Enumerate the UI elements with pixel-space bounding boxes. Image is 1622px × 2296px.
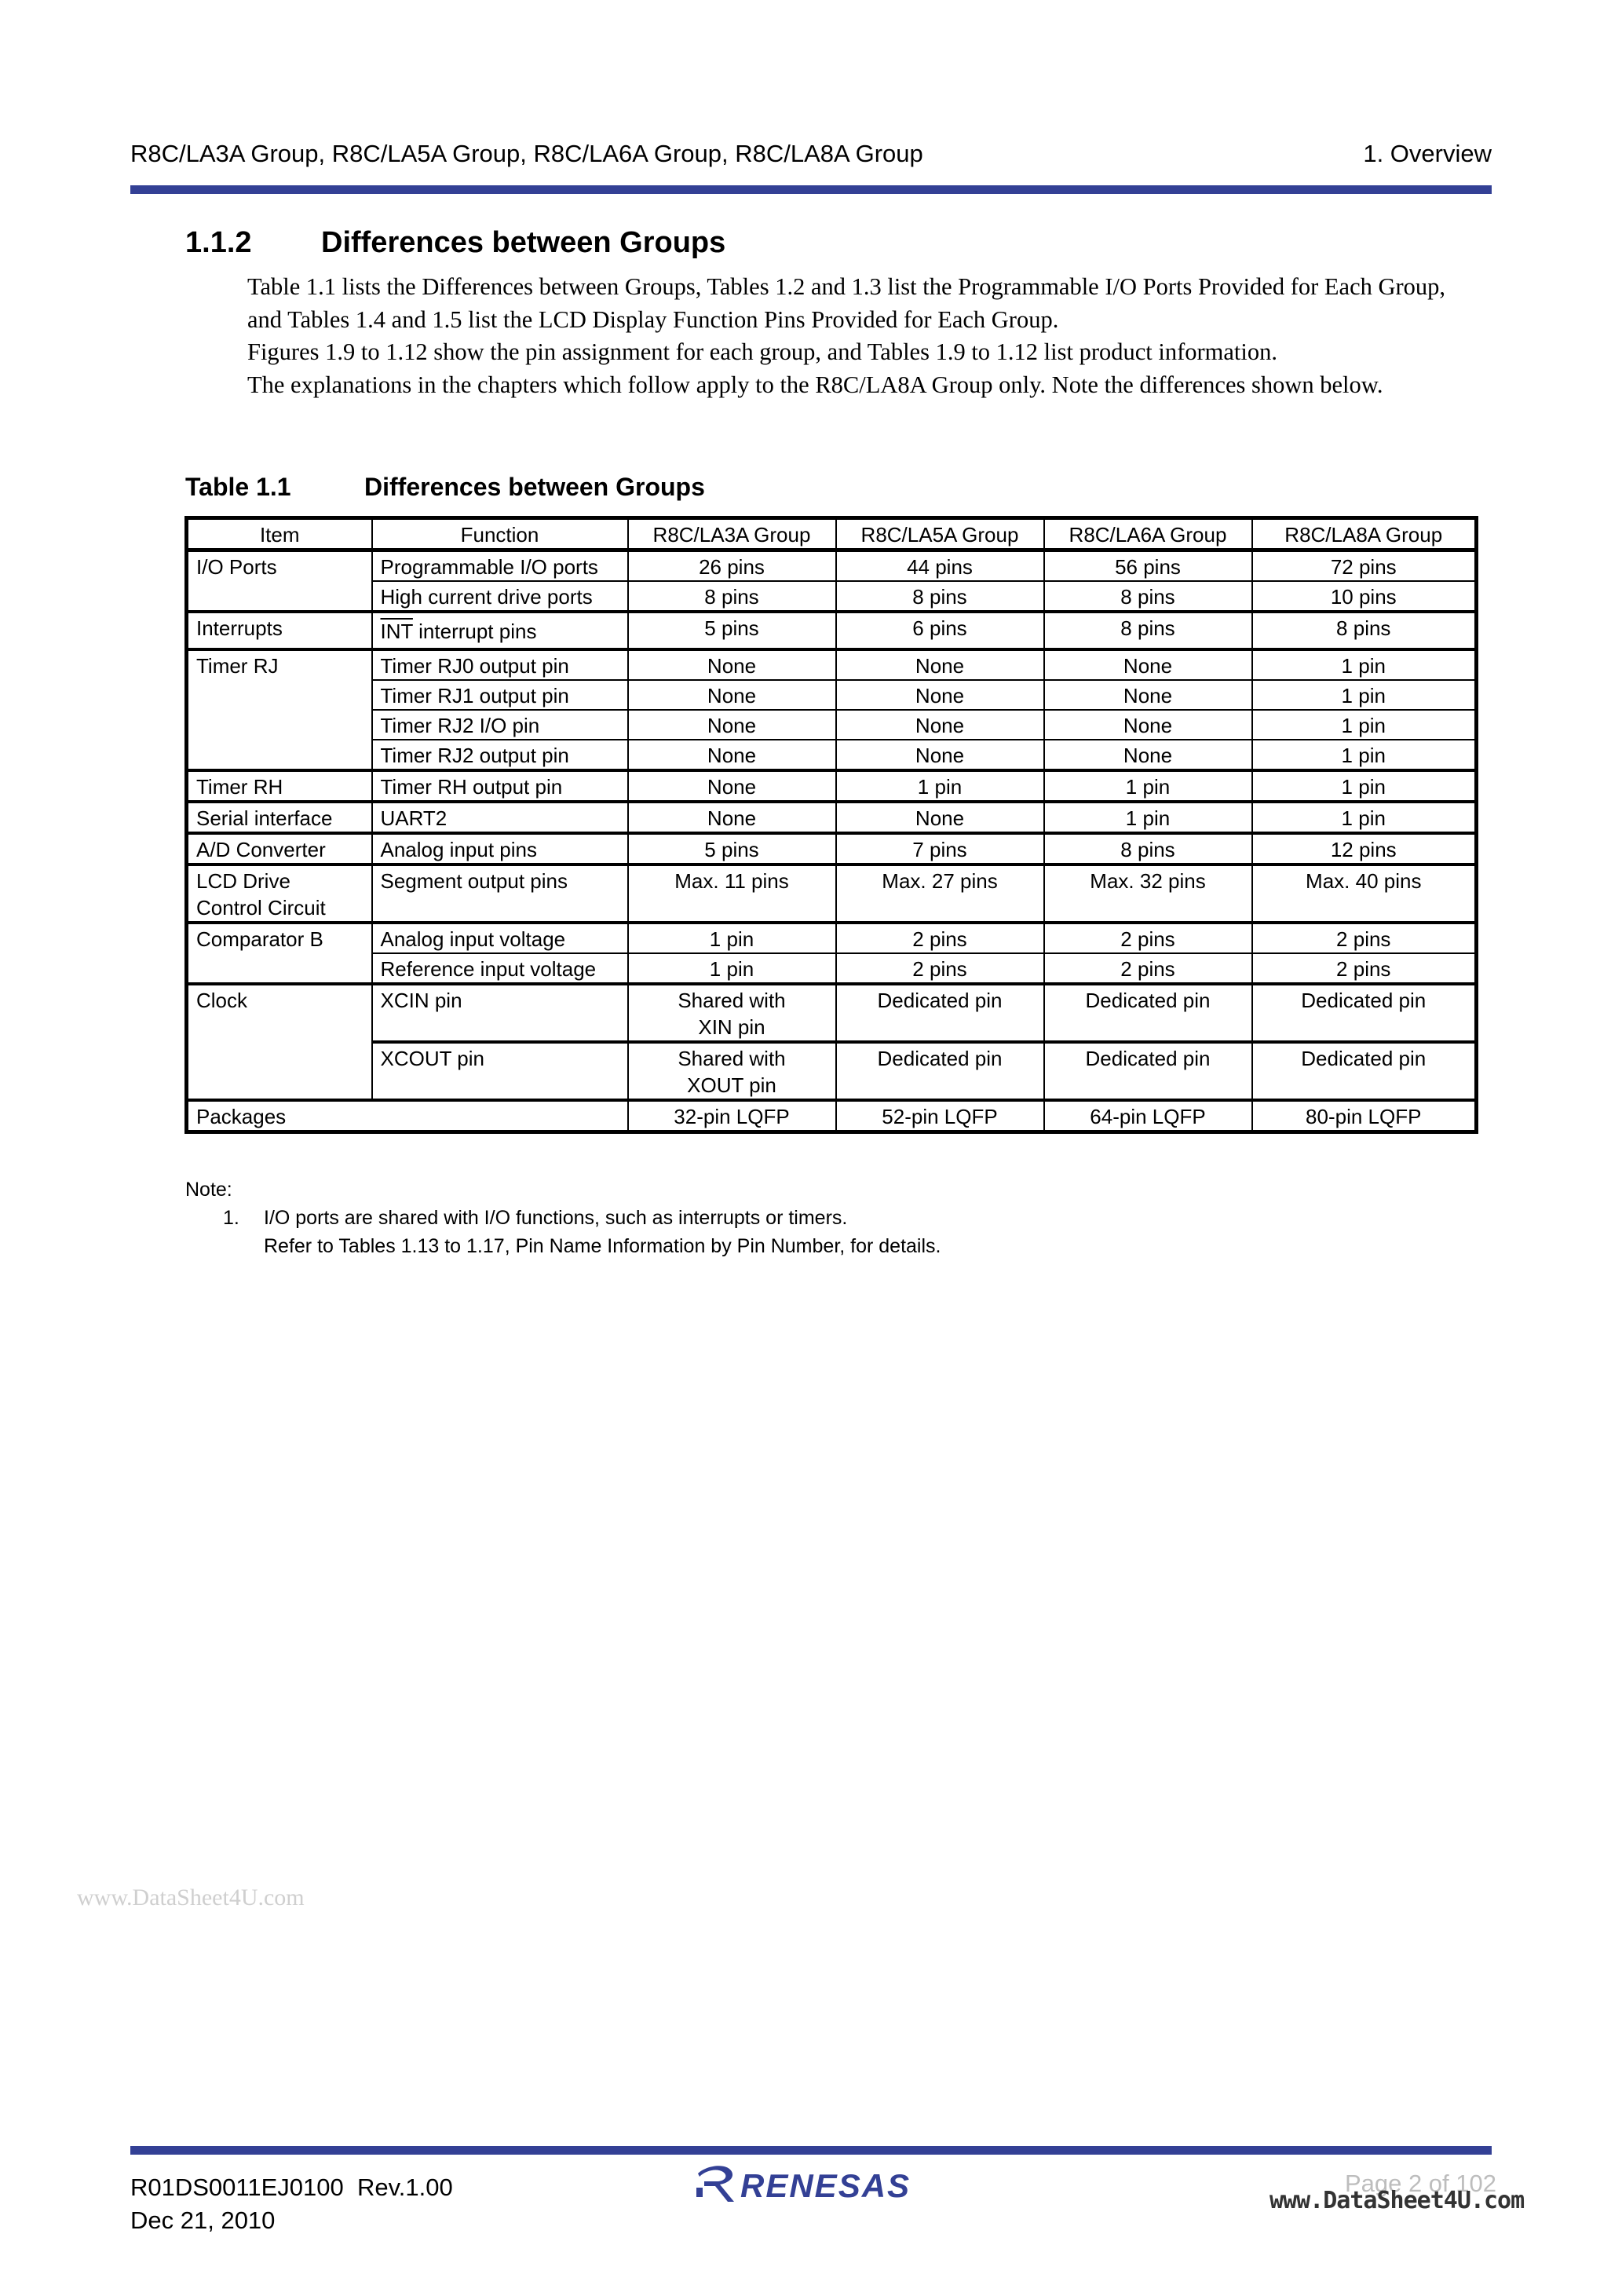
item-cell: I/O Ports (187, 550, 372, 612)
page-header: R8C/LA3A Group, R8C/LA5A Group, R8C/LA6A… (130, 140, 1492, 171)
value-cell: Max. 11 pins (628, 865, 836, 923)
value-line: Dedicated pin (1053, 987, 1244, 1014)
value-cell: 1 pin (836, 770, 1044, 802)
value-cell: 72 pins (1252, 550, 1477, 582)
int-overline-label: INT (381, 620, 413, 643)
table-row: XCOUT pin Shared withXOUT pin Dedicated … (187, 1042, 1477, 1100)
value-cell: 1 pin (628, 923, 836, 953)
document-id: R01DS0011EJ0100 Rev.1.00 (130, 2171, 453, 2204)
value-cell: None (628, 649, 836, 680)
function-cell: Analog input pins (372, 833, 628, 865)
table-number: Table 1.1 (185, 473, 364, 502)
value-cell: 8 pins (836, 581, 1044, 612)
value-line: Dedicated pin (1261, 987, 1467, 1014)
function-cell: Analog input voltage (372, 923, 628, 953)
table-row: Timer RH Timer RH output pin None 1 pin … (187, 770, 1477, 802)
value-cell: 8 pins (1252, 612, 1477, 649)
value-cell: Max. 40 pins (1252, 865, 1477, 923)
table-row: Timer RJ2 I/O pin None None None 1 pin (187, 710, 1477, 740)
value-cell: 1 pin (1252, 740, 1477, 770)
item-cell: Serial interface (187, 802, 372, 833)
column-header-item: Item (187, 518, 372, 550)
value-line: Shared with (637, 987, 827, 1014)
value-cell: 1 pin (1252, 710, 1477, 740)
value-cell: 8 pins (628, 581, 836, 612)
table-title: Differences between Groups (364, 473, 705, 501)
function-cell: XCIN pin (372, 984, 628, 1042)
table-row: Serial interface UART2 None None 1 pin 1… (187, 802, 1477, 833)
function-cell: Timer RJ1 output pin (372, 680, 628, 710)
function-cell: High current drive ports (372, 581, 628, 612)
value-cell: Max. 32 pins (1044, 865, 1252, 923)
body-paragraph: Table 1.1 lists the Differences between … (247, 271, 1480, 336)
table-caption: Table 1.1Differences between Groups (185, 473, 705, 502)
value-cell: 5 pins (628, 833, 836, 865)
header-rule (130, 185, 1492, 194)
table-header-row: Item Function R8C/LA3A Group R8C/LA5A Gr… (187, 518, 1477, 550)
value-cell: 32-pin LQFP (628, 1100, 836, 1132)
value-cell: None (628, 680, 836, 710)
value-cell: 1 pin (1044, 802, 1252, 833)
value-cell: None (628, 770, 836, 802)
value-cell: 64-pin LQFP (1044, 1100, 1252, 1132)
value-line: Dedicated pin (1053, 1045, 1244, 1072)
value-cell: 2 pins (836, 923, 1044, 953)
value-line (1261, 1072, 1467, 1099)
value-cell: 1 pin (1044, 770, 1252, 802)
value-cell: 44 pins (836, 550, 1044, 582)
body-paragraph: Figures 1.9 to 1.12 show the pin assignm… (247, 336, 1480, 369)
value-line: XIN pin (637, 1014, 827, 1040)
value-cell: 5 pins (628, 612, 836, 649)
value-cell: Dedicated pin (836, 1042, 1044, 1100)
note-label: Note: (185, 1175, 941, 1204)
function-text: interrupt pins (413, 620, 537, 643)
section-number: 1.1.2 (185, 226, 321, 260)
body-paragraph: The explanations in the chapters which f… (247, 369, 1480, 402)
function-cell: Reference input voltage (372, 953, 628, 984)
value-cell: 2 pins (1044, 923, 1252, 953)
differences-table: Item Function R8C/LA3A Group R8C/LA5A Gr… (184, 516, 1478, 1134)
item-cell: A/D Converter (187, 833, 372, 865)
column-header-la5a: R8C/LA5A Group (836, 518, 1044, 550)
value-cell: 8 pins (1044, 833, 1252, 865)
value-line: Shared with (637, 1045, 827, 1072)
table-row: Clock XCIN pin Shared withXIN pin Dedica… (187, 984, 1477, 1042)
logo-text: RENESAS (740, 2167, 911, 2204)
footer-doc-info: R01DS0011EJ0100 Rev.1.00 Dec 21, 2010 (130, 2171, 453, 2237)
value-cell: Shared withXIN pin (628, 984, 836, 1042)
function-cell: Timer RJ0 output pin (372, 649, 628, 680)
value-cell: 8 pins (1044, 612, 1252, 649)
footer-rule (130, 2146, 1492, 2155)
value-cell: 7 pins (836, 833, 1044, 865)
value-cell: 2 pins (836, 953, 1044, 984)
table-row: High current drive ports 8 pins 8 pins 8… (187, 581, 1477, 612)
value-line: Dedicated pin (845, 1045, 1036, 1072)
value-line (845, 1014, 1036, 1040)
section-title: Differences between Groups (321, 226, 725, 259)
value-cell: 10 pins (1252, 581, 1477, 612)
table-row: I/O Ports Programmable I/O ports 26 pins… (187, 550, 1477, 582)
item-cell: Clock (187, 984, 372, 1100)
value-cell: 56 pins (1044, 550, 1252, 582)
column-header-la6a: R8C/LA6A Group (1044, 518, 1252, 550)
value-cell: None (836, 649, 1044, 680)
value-cell: 1 pin (1252, 649, 1477, 680)
value-line (1053, 1072, 1244, 1099)
renesas-logo: RENESAS (695, 2161, 938, 2208)
function-cell: Programmable I/O ports (372, 550, 628, 582)
item-cell: Interrupts (187, 612, 372, 649)
value-cell: 1 pin (1252, 802, 1477, 833)
function-cell: Timer RJ2 I/O pin (372, 710, 628, 740)
item-line: LCD Drive (196, 868, 363, 894)
value-line (1053, 1014, 1244, 1040)
value-cell: None (836, 802, 1044, 833)
table-row: Timer RJ2 output pin None None None 1 pi… (187, 740, 1477, 770)
item-cell: Timer RJ (187, 649, 372, 770)
value-cell: Dedicated pin (1044, 1042, 1252, 1100)
note-text: I/O ports are shared with I/O functions,… (264, 1207, 847, 1229)
value-cell: 1 pin (1252, 770, 1477, 802)
footer-watermark: www.DataSheet4U.com (1269, 2187, 1524, 2214)
body-text: Table 1.1 lists the Differences between … (247, 271, 1480, 401)
value-cell: 2 pins (1044, 953, 1252, 984)
column-header-function: Function (372, 518, 628, 550)
chapter-title: 1. Overview (1363, 140, 1492, 168)
item-cell: LCD DriveControl Circuit (187, 865, 372, 923)
table-row: Packages 32-pin LQFP 52-pin LQFP 64-pin … (187, 1100, 1477, 1132)
column-header-la3a: R8C/LA3A Group (628, 518, 836, 550)
value-cell: 2 pins (1252, 953, 1477, 984)
item-cell: Packages (187, 1100, 628, 1132)
value-cell: None (836, 680, 1044, 710)
note-number: 1. (185, 1204, 264, 1232)
value-cell: Shared withXOUT pin (628, 1042, 836, 1100)
function-cell: Timer RJ2 output pin (372, 740, 628, 770)
function-cell: XCOUT pin (372, 1042, 628, 1100)
function-cell: Timer RH output pin (372, 770, 628, 802)
value-cell: None (628, 802, 836, 833)
value-cell: None (628, 740, 836, 770)
table-row: Interrupts INT interrupt pins 5 pins 6 p… (187, 612, 1477, 649)
value-cell: Max. 27 pins (836, 865, 1044, 923)
value-cell: Dedicated pin (836, 984, 1044, 1042)
value-cell: None (1044, 680, 1252, 710)
note-item: 1.I/O ports are shared with I/O function… (185, 1204, 941, 1232)
value-cell: 52-pin LQFP (836, 1100, 1044, 1132)
value-cell: None (1044, 710, 1252, 740)
value-cell: 8 pins (1044, 581, 1252, 612)
value-cell: None (628, 710, 836, 740)
value-line: Dedicated pin (1261, 1045, 1467, 1072)
table-row: Timer RJ Timer RJ0 output pin None None … (187, 649, 1477, 680)
value-cell: Dedicated pin (1252, 984, 1477, 1042)
value-cell: Dedicated pin (1044, 984, 1252, 1042)
value-line: XOUT pin (637, 1072, 827, 1099)
value-cell: 2 pins (1252, 923, 1477, 953)
function-cell: UART2 (372, 802, 628, 833)
table-row: LCD DriveControl Circuit Segment output … (187, 865, 1477, 923)
document-date: Dec 21, 2010 (130, 2204, 453, 2237)
column-header-la8a: R8C/LA8A Group (1252, 518, 1477, 550)
value-cell: None (836, 710, 1044, 740)
item-line: Control Circuit (196, 894, 363, 921)
value-line (845, 1072, 1036, 1099)
value-cell: 1 pin (1252, 680, 1477, 710)
renesas-logo-icon: RENESAS (695, 2161, 938, 2208)
table-row: Timer RJ1 output pin None None None 1 pi… (187, 680, 1477, 710)
table-row: A/D Converter Analog input pins 5 pins 7… (187, 833, 1477, 865)
value-cell: 26 pins (628, 550, 836, 582)
note-text-continued: Refer to Tables 1.13 to 1.17, Pin Name I… (185, 1232, 941, 1260)
value-cell: None (1044, 649, 1252, 680)
item-cell: Timer RH (187, 770, 372, 802)
section-heading: 1.1.2Differences between Groups (185, 226, 725, 260)
value-cell: None (1044, 740, 1252, 770)
value-line (1261, 1014, 1467, 1040)
value-cell: 80-pin LQFP (1252, 1100, 1477, 1132)
value-line: Dedicated pin (845, 987, 1036, 1014)
table-row: Reference input voltage 1 pin 2 pins 2 p… (187, 953, 1477, 984)
value-cell: 12 pins (1252, 833, 1477, 865)
watermark-text: www.DataSheet4U.com (77, 1885, 305, 1911)
value-cell: 6 pins (836, 612, 1044, 649)
value-cell: Dedicated pin (1252, 1042, 1477, 1100)
function-cell: Segment output pins (372, 865, 628, 923)
document-title: R8C/LA3A Group, R8C/LA5A Group, R8C/LA6A… (130, 140, 923, 168)
value-cell: None (836, 740, 1044, 770)
function-cell: INT interrupt pins (372, 612, 628, 649)
table-row: Comparator B Analog input voltage 1 pin … (187, 923, 1477, 953)
item-cell: Comparator B (187, 923, 372, 984)
table-note: Note: 1.I/O ports are shared with I/O fu… (185, 1175, 941, 1260)
value-cell: 1 pin (628, 953, 836, 984)
